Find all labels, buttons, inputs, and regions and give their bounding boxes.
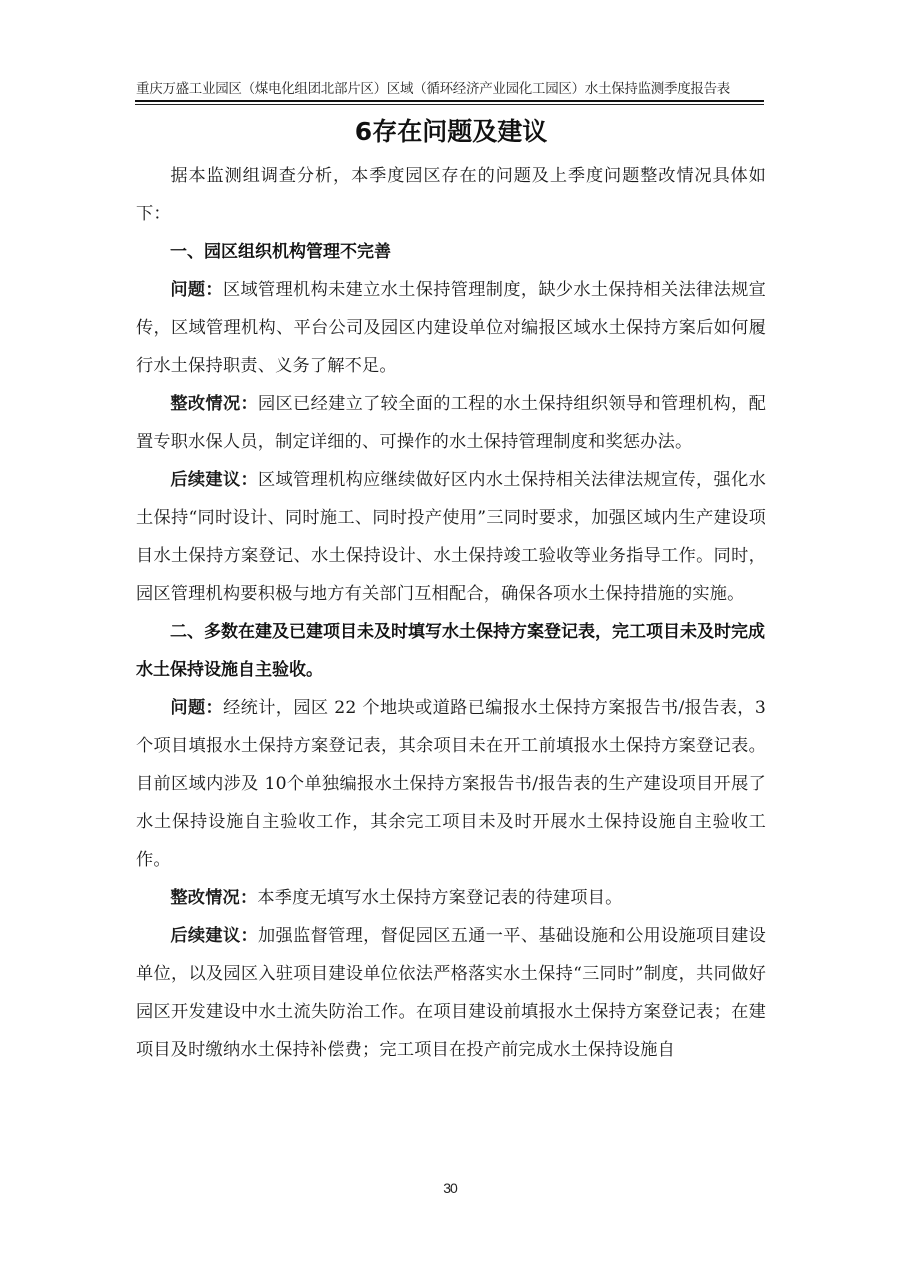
problem-label: 问题：: [170, 280, 223, 300]
document-page: 重庆万盛工业园区（煤电化组团北部片区）区域（循环经济产业园化工园区）水土保持监测…: [0, 0, 900, 1273]
problem-paragraph: 问题：经统计，园区 22 个地块或道路已编报水土保持方案报告书/报告表，3个项目…: [136, 689, 766, 879]
rectification-paragraph: 整改情况：本季度无填写水土保持方案登记表的待建项目。: [136, 879, 766, 917]
suggestion-paragraph: 后续建议：区域管理机构应继续做好区内水土保持相关法律法规宣传，强化水土保持“同时…: [136, 461, 766, 613]
running-header: 重庆万盛工业园区（煤电化组团北部片区）区域（循环经济产业园化工园区）水土保持监测…: [136, 80, 764, 98]
section-title: 6存在问题及建议: [136, 113, 766, 151]
suggestion-label: 后续建议：: [170, 470, 258, 490]
rectification-label: 整改情况：: [170, 394, 258, 414]
suggestion-text: 区域管理机构应继续做好区内水土保持相关法律法规宣传，强化水土保持“同时设计、同时…: [136, 470, 766, 604]
suggestion-text: 加强监督管理，督促园区五通一平、基础设施和公用设施项目建设单位，以及园区入驻项目…: [136, 926, 766, 1060]
issue-heading: 一、园区组织机构管理不完善: [136, 233, 766, 271]
problem-label: 问题：: [170, 698, 223, 718]
suggestion-label: 后续建议：: [170, 926, 258, 946]
suggestion-paragraph: 后续建议：加强监督管理，督促园区五通一平、基础设施和公用设施项目建设单位，以及园…: [136, 917, 766, 1069]
issue-block-1: 一、园区组织机构管理不完善 问题：区域管理机构未建立水土保持管理制度，缺少水土保…: [136, 233, 766, 613]
problem-text: 区域管理机构未建立水土保持管理制度，缺少水土保持相关法律法规宣传，区域管理机构、…: [136, 280, 766, 376]
rectification-text: 本季度无填写水土保持方案登记表的待建项目。: [257, 888, 622, 908]
header-rule-thin: [135, 104, 764, 105]
issue-heading: 二、多数在建及已建项目未及时填写水土保持方案登记表，完工项目未及时完成水土保持设…: [136, 613, 766, 689]
page-number: 30: [0, 1180, 900, 1196]
header-rule-thick: [135, 100, 764, 102]
intro-paragraph: 据本监测组调查分析，本季度园区存在的问题及上季度问题整改情况具体如下：: [136, 157, 766, 233]
rectification-paragraph: 整改情况：园区已经建立了较全面的工程的水土保持组织领导和管理机构，配置专职水保人…: [136, 385, 766, 461]
issue-block-2: 二、多数在建及已建项目未及时填写水土保持方案登记表，完工项目未及时完成水土保持设…: [136, 613, 766, 1069]
page-content: 6存在问题及建议 据本监测组调查分析，本季度园区存在的问题及上季度问题整改情况具…: [136, 113, 766, 1069]
rectification-label: 整改情况：: [170, 888, 257, 908]
problem-paragraph: 问题：区域管理机构未建立水土保持管理制度，缺少水土保持相关法律法规宣传，区域管理…: [136, 271, 766, 385]
problem-text: 经统计，园区 22 个地块或道路已编报水土保持方案报告书/报告表，3个项目填报水…: [136, 698, 766, 870]
